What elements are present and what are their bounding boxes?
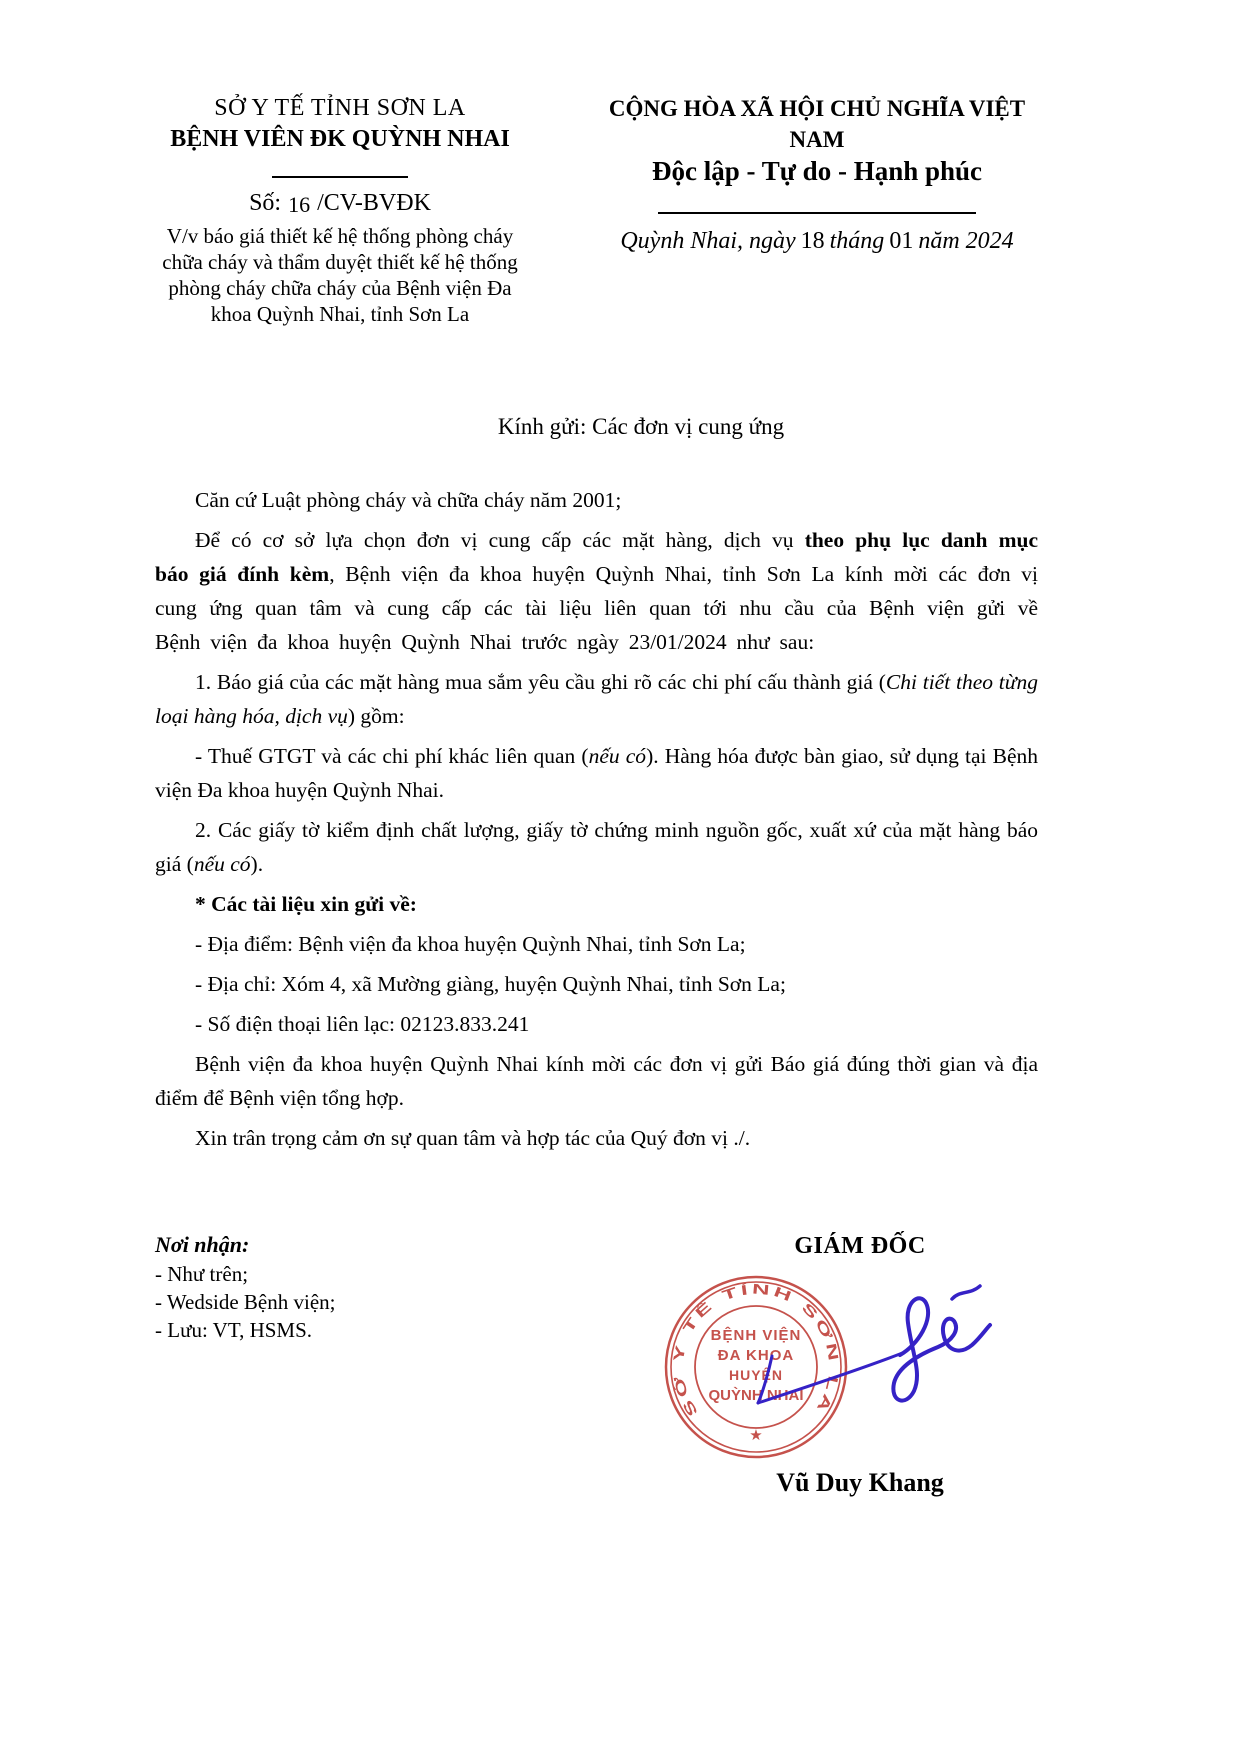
paragraph-text: - Thuế GTGT và các chi phí khác liên qua… [195, 744, 589, 768]
paragraph-text-italic: nếu có [589, 744, 646, 768]
recipient-item: - Wedside Bệnh viện; [155, 1288, 485, 1316]
recipient-item: - Lưu: VT, HSMS. [155, 1316, 485, 1344]
paragraph-send-to-title: * Các tài liệu xin gửi về: [155, 887, 1038, 921]
paragraph-text: ) gồm: [348, 704, 405, 728]
place-date-prefix: Quỳnh Nhai, ngày [620, 228, 795, 254]
date-month-label: tháng [830, 228, 885, 254]
date-day: 18 [796, 228, 830, 254]
signer-title: GIÁM ĐỐC [700, 1233, 1020, 1260]
paragraph-address: - Địa chỉ: Xóm 4, xã Mường giàng, huyện … [155, 967, 1038, 1001]
subject-line: khoa Quỳnh Nhai, tỉnh Sơn La [130, 301, 550, 327]
subject-line: V/v báo giá thiết kế hệ thống phòng cháy [130, 223, 550, 249]
paragraph-legal-basis: Căn cứ Luật phòng cháy và chữa cháy năm … [155, 483, 1038, 517]
header-left-divider [272, 176, 408, 178]
paragraph-text: 2. Các giấy tờ kiểm định chất lượng, giấ… [155, 818, 1038, 876]
national-motto: Độc lập - Tự do - Hạnh phúc [592, 155, 1042, 188]
paragraph-text: ). [251, 852, 264, 876]
recipients-block: Nơi nhận: - Như trên; - Wedside Bệnh việ… [155, 1230, 485, 1344]
issuing-agency-block: SỞ Y TẾ TỈNH SƠN LA BỆNH VIÊN ĐK QUỲNH N… [130, 93, 550, 327]
paragraph-phone: - Số điện thoại liên lạc: 02123.833.241 [155, 1007, 1038, 1041]
salutation: Kính gửi: Các đơn vị cung ứng [200, 413, 1082, 441]
paragraph-item-1-detail: - Thuế GTGT và các chi phí khác liên qua… [155, 739, 1038, 807]
document-number-suffix: /CV-BVĐK [317, 190, 431, 216]
paragraph-item-2: 2. Các giấy tờ kiểm định chất lượng, giấ… [155, 813, 1038, 881]
paragraph-deadline-note: Bệnh viện đa khoa huyện Quỳnh Nhai kính … [155, 1047, 1038, 1115]
paragraph-closing: Xin trân trọng cảm ơn sự quan tâm và hợp… [155, 1121, 1038, 1155]
hospital-name: BỆNH VIÊN ĐK QUỲNH NHAI [130, 124, 550, 155]
date-year: năm 2024 [918, 228, 1013, 254]
national-header-block: CỘNG HÒA XÃ HỘI CHỦ NGHĨA VIỆT NAM Độc l… [592, 93, 1042, 256]
signer-name: Vũ Duy Khang [700, 1468, 1020, 1498]
date-month: 01 [884, 228, 918, 254]
paragraph-location: - Địa điểm: Bệnh viện đa khoa huyện Quỳn… [155, 927, 1038, 961]
document-page: SỞ Y TẾ TỈNH SƠN LA BỆNH VIÊN ĐK QUỲNH N… [0, 0, 1241, 1755]
national-title: CỘNG HÒA XÃ HỘI CHỦ NGHĨA VIỆT NAM [592, 93, 1042, 155]
header-right-divider [658, 212, 976, 214]
recipient-item: - Như trên; [155, 1260, 485, 1288]
paragraph-text-italic: nếu có [194, 852, 251, 876]
document-number-label: Số: [249, 190, 281, 216]
recipients-title: Nơi nhận: [155, 1230, 485, 1260]
paragraph-invitation: Để có cơ sở lựa chọn đơn vị cung cấp các… [155, 523, 1038, 659]
document-subject: V/v báo giá thiết kế hệ thống phòng cháy… [130, 223, 550, 327]
paragraph-text: Để có cơ sở lựa chọn đơn vị cung cấp các… [195, 528, 805, 552]
parent-agency-name: SỞ Y TẾ TỈNH SƠN LA [130, 93, 550, 124]
document-number-line: Số:16/CV-BVĐK [130, 188, 550, 218]
place-date-line: Quỳnh Nhai, ngày18tháng01năm 2024 [592, 226, 1042, 256]
paragraph-text: 1. Báo giá của các mặt hàng mua sắm yêu … [195, 670, 886, 694]
letter-body: Căn cứ Luật phòng cháy và chữa cháy năm … [155, 483, 1038, 1155]
subject-line: phòng cháy chữa cháy của Bệnh viện Đa [130, 275, 550, 301]
subject-line: chữa cháy và thẩm duyệt thiết kế hệ thốn… [130, 249, 550, 275]
document-number-value: 16 [281, 192, 317, 217]
paragraph-item-1: 1. Báo giá của các mặt hàng mua sắm yêu … [155, 665, 1038, 733]
signature-strokes [758, 1286, 990, 1403]
director-signature [600, 1275, 1030, 1435]
